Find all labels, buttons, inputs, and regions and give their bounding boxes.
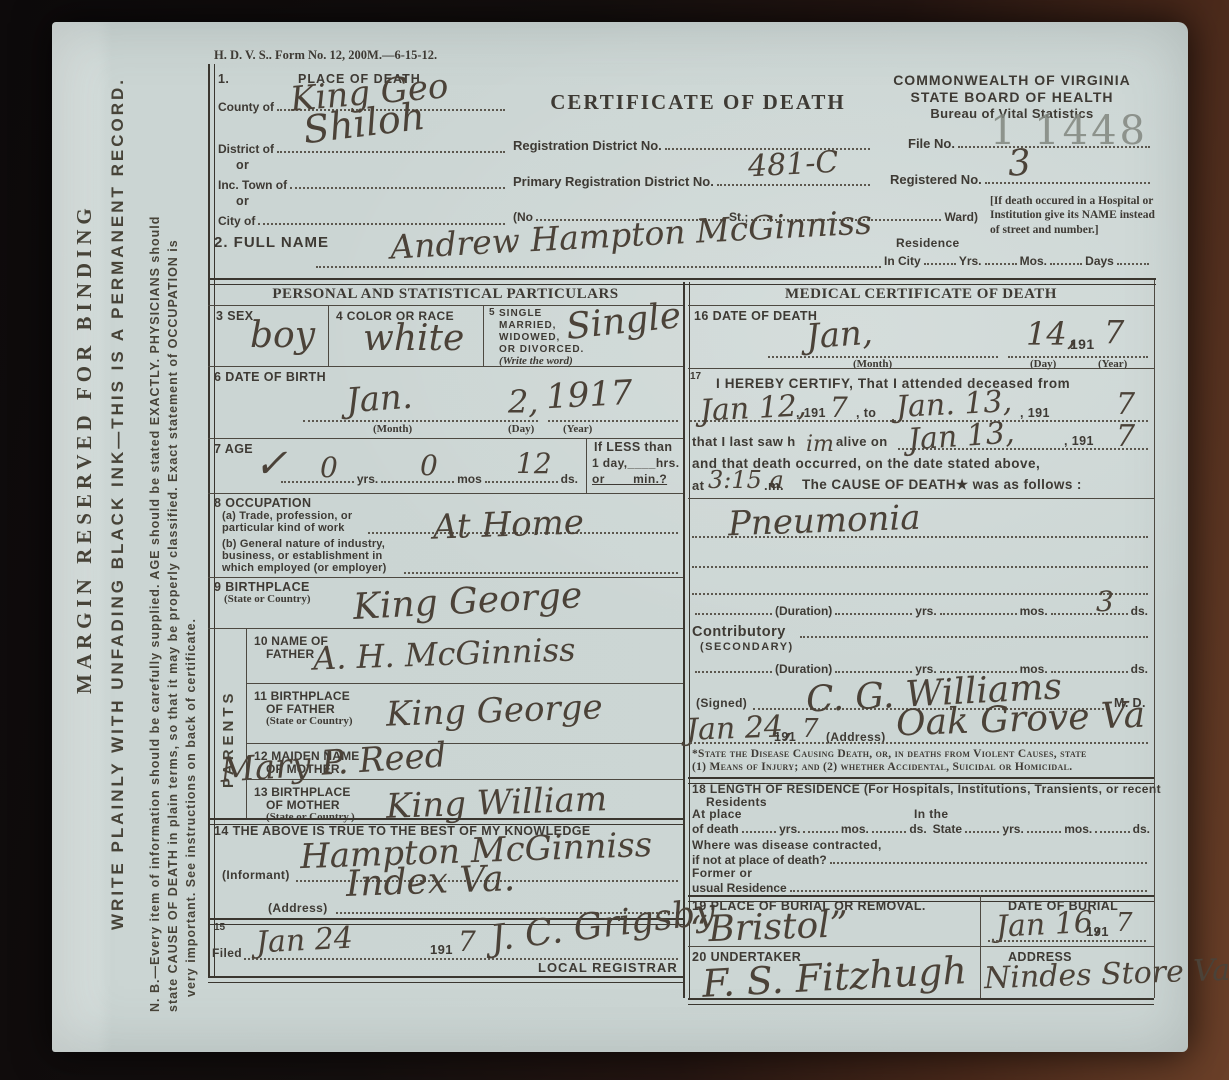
item-1-number: 1. (218, 72, 229, 86)
registration-district-label: Registration District No. (513, 138, 662, 153)
rule-under-dob (208, 438, 683, 439)
marital-line2: MARRIED, (499, 320, 556, 331)
file-no-label: File No. (908, 136, 955, 151)
burial-date-line (988, 938, 1146, 942)
at-label: at (692, 478, 704, 493)
rule-under-occupation (208, 577, 683, 578)
age-mos-label: mos (457, 472, 482, 486)
less-than-line1: If LESS than (594, 440, 672, 454)
cause-duration-row: (Duration) yrs. mos. ds. (692, 602, 1148, 618)
age-less-than-divider (586, 438, 587, 493)
rule-under-father-name (246, 683, 683, 684)
lastsaw-post-text: alive on (836, 434, 888, 449)
occupation-b-line2: business, or establishment in (222, 550, 382, 562)
occupation-b-line1: (b) General nature of industry, (222, 538, 385, 550)
state-board-line: STATE BOARD OF HEALTH (868, 89, 1156, 105)
registered-no-label: Registered No. (890, 172, 982, 187)
father-name-label2: FATHER (266, 647, 314, 661)
birthplace-label: 9 BIRTHPLACE (214, 580, 310, 594)
parents-divider (246, 628, 247, 818)
occupation-a-line2: particular kind of work (222, 522, 345, 534)
age-ds-label: ds. (561, 472, 578, 486)
mother-name-handwriting: Mary P. Reed (219, 738, 447, 788)
rule-under-sex-row (208, 366, 683, 367)
lastsaw-pre-text: that I last saw h (692, 434, 796, 449)
burial-place-handwriting: “Bristol” (689, 907, 848, 948)
certify-number: 17 (690, 371, 701, 382)
margin-nb-line2: state CAUSE OF DEATH in plain terms, so … (166, 239, 180, 1012)
contracted-line2-row: if not at place of death? (692, 851, 1150, 867)
margin-write-plainly-text: WRITE PLAINLY WITH UNFADING BLACK INK—TH… (108, 77, 128, 930)
dob-day-handwriting: 2, (508, 386, 539, 418)
undertaker-handwriting: F. S. Fitzhugh (701, 951, 968, 1003)
res-ds1: ds. (909, 822, 926, 836)
occupation-label: 8 OCCUPATION (214, 496, 311, 510)
marital-line1: SINGLE (499, 308, 542, 319)
contrib-duration-ds: ds. (1131, 662, 1148, 676)
age-label: 7 AGE (214, 442, 253, 456)
form-number: H. D. V. S.. Form No. 12, 200M.—6-15-12. (214, 48, 437, 63)
dob-day-year-line (548, 418, 678, 422)
res-yrs1: yrs. (779, 822, 800, 836)
certify-from-year-handwriting: 7 (830, 394, 848, 422)
color-race-handwriting: white (363, 321, 464, 357)
age-mos-handwriting: 0 (420, 452, 438, 480)
rule-under-age (208, 493, 683, 494)
certify-to-label: , to (856, 406, 876, 420)
certify-191b: , 191 (1020, 406, 1050, 420)
at-place-label: At place (692, 807, 742, 821)
filed-year-handwriting: 7 (458, 928, 476, 956)
rule-under-medical-title (688, 305, 1154, 306)
medical-section-title: MEDICAL CERTIFICATE OF DEATH (688, 286, 1154, 303)
inc-town-label: Inc. Town of (218, 178, 287, 192)
margin-binding-text: MARGIN RESERVED FOR BINDING (72, 203, 97, 694)
primary-registration-label: Primary Registration District No. (513, 174, 714, 189)
primary-registration-value-handwriting: 481-C (747, 148, 839, 183)
filed-year-printed: 191 (430, 942, 453, 957)
father-name-handwriting: A. H. McGinniss (313, 633, 576, 674)
contributory-label: Contributory (692, 624, 786, 640)
undertaker-address-handwriting: Nindes Store Va (984, 956, 1229, 995)
rule-bottom-right-column (688, 998, 1154, 1005)
full-name-label: 2. FULL NAME (214, 234, 329, 251)
contrib-duration-label: (Duration) (775, 662, 832, 676)
birthplace-caption: (State or Country) (224, 593, 311, 605)
informant-label: (Informant) (222, 868, 290, 882)
margin-nb-line1: N. B.—Every item of information should b… (148, 216, 162, 1012)
less-than-line2: 1 day,____hrs. (592, 456, 679, 470)
personal-section-title: PERSONAL AND STATISTICAL PARTICULARS (208, 286, 683, 303)
cause-lead-text: The CAUSE OF DEATH★ was as follows : (802, 477, 1082, 493)
former-line1: Former or (692, 866, 752, 880)
lastsaw-him-handwriting: im (806, 434, 834, 456)
sex-label: 3 SEX (216, 309, 253, 323)
photo-background: MARGIN RESERVED FOR BINDING WRITE PLAINL… (0, 0, 1229, 1080)
of-death-label: of death (692, 822, 739, 836)
informant-address-label: (Address) (268, 901, 328, 915)
certify-from-date-handwriting: Jan 12, (699, 391, 807, 427)
informant-address-handwriting: Index Va. (345, 861, 515, 903)
father-bp-handwriting: King George (385, 690, 603, 732)
residence-days-label: Days (1085, 254, 1114, 268)
cause-line1 (692, 534, 1148, 538)
rule-under-burial (688, 946, 1154, 947)
certify-191c: , 191 (1064, 434, 1094, 448)
footnote-line2: (1) Means of Injury; and (2) whether Acc… (692, 761, 1072, 773)
sex-value-handwriting: boy (250, 318, 315, 354)
dob-month-caption: (Month) (373, 423, 412, 435)
registered-no-handwriting: 3 (1007, 145, 1032, 183)
in-the-label: In the (914, 807, 948, 821)
cause-duration-yrs: yrs. (915, 604, 936, 618)
less-than-line3: or____min.? (592, 472, 667, 486)
inc-town-row: Inc. Town of (218, 176, 508, 192)
dob-month-line (303, 418, 538, 422)
date-of-birth-label: 6 DATE OF BIRTH (214, 370, 326, 384)
occupation-b-line3: which employed (or employer) (222, 562, 387, 574)
marital-line3: WIDOWED, (499, 332, 560, 343)
certificate-paper: MARGIN RESERVED FOR BINDING WRITE PLAINL… (52, 22, 1188, 1052)
dob-year-caption: (Year) (563, 423, 592, 435)
color-marital-divider (483, 305, 484, 366)
certify-to-year-handwriting: 7 (1116, 390, 1135, 420)
residence-label: Residence (896, 236, 960, 250)
sign-year-handwriting: 7 (802, 716, 819, 742)
rule-under-mother-name (246, 779, 683, 780)
in-city-label: In City (884, 254, 921, 268)
marital-number: 5 (489, 307, 495, 318)
county-label: County of (218, 100, 274, 114)
cause-duration-ds: ds. (1131, 604, 1148, 618)
former-line2: usual Residence (692, 881, 787, 895)
form-right-border (1154, 278, 1155, 998)
residence-yrs-label: Yrs. (959, 254, 982, 268)
signed-label: (Signed) (696, 696, 747, 710)
burial-year-handwriting: 7 (1116, 910, 1133, 936)
filed-label: Filed (212, 946, 242, 960)
mother-bp-label2: OF MOTHER (266, 798, 340, 812)
rule-bottom-left-column (208, 976, 683, 983)
filed-date-handwriting: Jan 24 (255, 923, 353, 958)
contributory-line (800, 634, 1148, 638)
res-mos2: mos. (1064, 822, 1092, 836)
dob-year-handwriting: 1917 (545, 376, 633, 414)
district-label: District of (218, 142, 274, 156)
secondary-label: (SECONDARY) (700, 641, 794, 653)
filed-number: 15 (214, 922, 225, 933)
cause-duration-ds-handwriting: 3 (1096, 588, 1114, 616)
city-label: City of (218, 214, 255, 228)
cause-line3 (692, 591, 1148, 595)
cause-duration-label: (Duration) (775, 604, 832, 618)
marital-value-handwriting: Single (564, 298, 682, 346)
rule-under-birthplace (208, 628, 683, 629)
am-label: .m. (764, 478, 784, 493)
rule-under-fullname (208, 278, 1156, 285)
mother-bp-label1: 13 BIRTHPLACE (254, 785, 351, 799)
lastsaw-date-handwriting: Jan 13, (907, 418, 1015, 455)
death-certificate-form: H. D. V. S.. Form No. 12, 200M.—6-15-12.… (208, 46, 1156, 1036)
age-ds-handwriting: 12 (516, 450, 552, 478)
column-divider (683, 282, 690, 998)
dob-day-caption: (Day) (508, 423, 534, 435)
dod-year-printed: 191 (1070, 336, 1095, 352)
age-yrs-label: yrs. (357, 472, 378, 486)
local-registrar-label: LOCAL REGISTRAR (538, 960, 678, 975)
residence-duration-values-row: of death yrs. mos. ds. State yrs. mos. d… (692, 820, 1150, 836)
res-state-label: State (933, 822, 962, 836)
sex-color-divider (328, 305, 329, 366)
commonwealth-line: COMMONWEALTH OF VIRGINIA (868, 72, 1156, 88)
dob-month-handwriting: Jan. (345, 380, 414, 419)
dod-year-handwriting: 7 (1104, 316, 1124, 348)
residence-mos-label: Mos. (1020, 254, 1047, 268)
footnote-line1: *State the Disease Causing Death, or, in… (692, 748, 1087, 760)
former-line2-row: usual Residence (692, 879, 1150, 895)
age-yrs-handwriting: 0 (320, 454, 338, 482)
father-bp-label2: OF FATHER (266, 702, 335, 716)
contracted-line2: if not at place of death? (692, 853, 827, 867)
date-of-death-label: 16 DATE OF DEATH (694, 309, 817, 323)
ward-label: Ward) (944, 210, 978, 224)
burial-year-printed: 191 (1086, 924, 1109, 939)
hospital-note: [If death occured in a Hospital or Insti… (990, 194, 1156, 237)
occupation-a-line1: (a) Trade, profession, or (222, 510, 352, 522)
residence18-label: 18 LENGTH OF RESIDENCE (For Hospitals, I… (692, 782, 1161, 796)
form-left-border (208, 64, 215, 976)
or-label-1: or (236, 158, 249, 172)
rule-under-dod (688, 368, 1154, 369)
rule-under-certify (688, 498, 1154, 499)
contracted-line1: Where was disease contracted, (692, 838, 882, 852)
margin-nb-line3: very important. See instructions on back… (184, 618, 198, 997)
res-yrs2: yrs. (1002, 822, 1023, 836)
father-bp-label1: 11 BIRTHPLACE (254, 689, 350, 703)
cause-duration-mos: mos. (1020, 604, 1048, 618)
dod-month-handwriting: Jan, (805, 316, 874, 355)
physician-address-handwriting: Oak Grove Va (895, 698, 1145, 743)
occupation-handwriting: At Home (432, 505, 584, 544)
residence-duration-row: In City Yrs. Mos. Days (884, 252, 1152, 268)
res-ds2: ds. (1133, 822, 1150, 836)
certify-191a: , 191 (796, 406, 826, 420)
certify-text: I HEREBY CERTIFY, That I attended deceas… (716, 376, 1070, 391)
res-mos1: mos. (841, 822, 869, 836)
father-bp-caption: (State or Country) (266, 715, 353, 727)
lastsaw-year-handwriting: 7 (1116, 422, 1135, 452)
birthplace-handwriting: King George (352, 578, 583, 626)
certificate-title: CERTIFICATE OF DEATH (513, 90, 883, 115)
or-label-2: or (236, 194, 249, 208)
occupation-b-line (404, 570, 678, 574)
cause-line2 (692, 564, 1148, 568)
